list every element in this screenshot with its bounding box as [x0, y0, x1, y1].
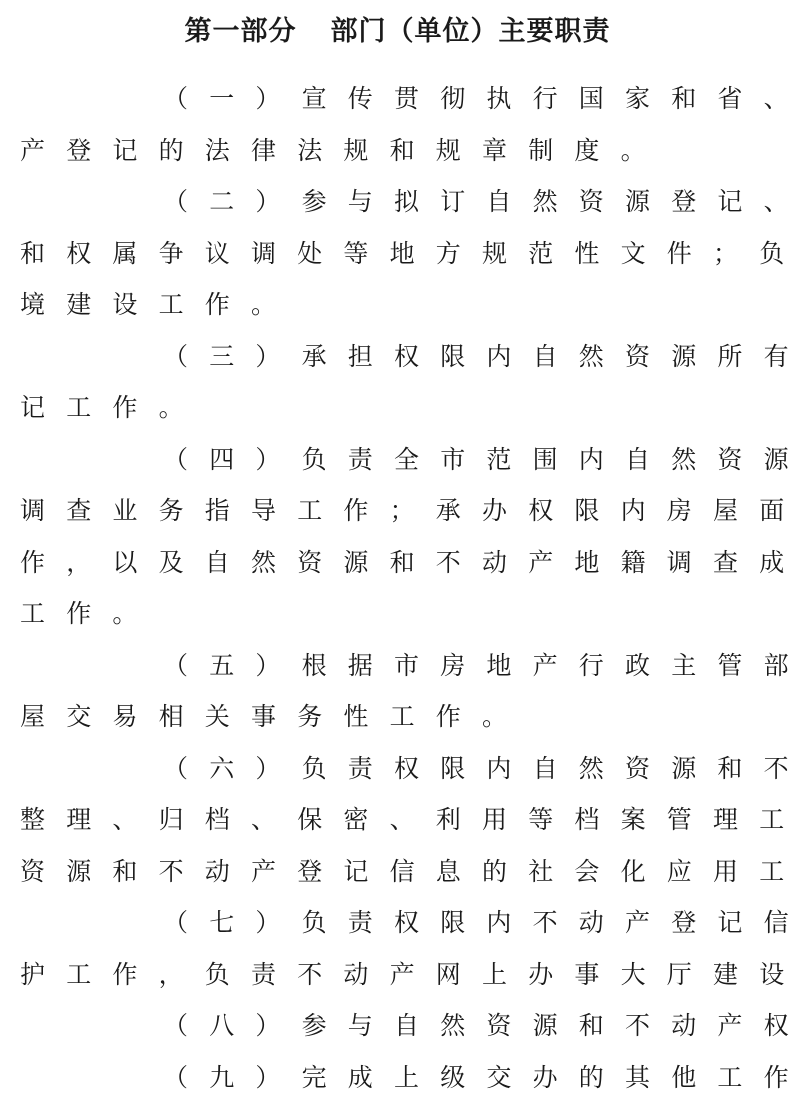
paragraph-line: 作，以及自然资源和不动产地籍调查成果审核，入库和管理: [20, 537, 780, 589]
paragraph-3: （三）承担权限内自然资源所有权登记，不动产统一登 记工作。: [20, 331, 780, 434]
paragraph-line: （九）完成上级交办的其他工作。: [20, 1052, 780, 1104]
paragraph-line: （一）宣传贯彻执行国家和省、市关于自然资源和不动: [20, 73, 780, 125]
document-body: （一）宣传贯彻执行国家和省、市关于自然资源和不动 产登记的法律法规和规章制度。 …: [20, 73, 780, 1103]
paragraph-line: 工作。: [20, 588, 780, 640]
section-title: 第一部分部门（单位）主要职责: [0, 10, 795, 54]
paragraph-line: 护工作，负责不动产网上办事大厅建设和维护。: [20, 949, 780, 1001]
paragraph-line: （六）负责权限内自然资源和不动产登记资料的收集、: [20, 743, 780, 795]
section-title-part: 第一部分: [185, 16, 297, 47]
paragraph-line: 产登记的法律法规和规章制度。: [20, 125, 780, 177]
paragraph-line: 资源和不动产登记信息的社会化应用工作。: [20, 846, 780, 898]
paragraph-line: （四）负责全市范围内自然资源和不动产登记中的地籍: [20, 434, 780, 486]
paragraph-6: （六）负责权限内自然资源和不动产登记资料的收集、 整理、归档、保密、利用等档案管…: [20, 743, 780, 898]
paragraph-line: （五）根据市房地产行政主管部门委托，承担权限内房: [20, 640, 780, 692]
paragraph-4: （四）负责全市范围内自然资源和不动产登记中的地籍 调查业务指导工作；承办权限内房…: [20, 434, 780, 640]
paragraph-5: （五）根据市房地产行政主管部门委托，承担权限内房 屋交易相关事务性工作。: [20, 640, 780, 743]
paragraph-line: 屋交易相关事务性工作。: [20, 691, 780, 743]
paragraph-8: （八）参与自然资源和不动产权属争议调处工作。: [20, 1000, 780, 1052]
paragraph-line: （七）负责权限内不动产登记信息平台建设、更新和维: [20, 897, 780, 949]
paragraph-line: 境建设工作。: [20, 279, 780, 331]
paragraph-line: （二）参与拟订自然资源登记、不动产登记、地籍调查: [20, 176, 780, 228]
paragraph-7: （七）负责权限内不动产登记信息平台建设、更新和维 护工作，负责不动产网上办事大厅…: [20, 897, 780, 1000]
paragraph-line: 记工作。: [20, 382, 780, 434]
paragraph-line: （八）参与自然资源和不动产权属争议调处工作。: [20, 1000, 780, 1052]
paragraph-line: 调查业务指导工作；承办权限内房屋面积管理相关事务性工: [20, 485, 780, 537]
paragraph-line: 和权属争议调处等地方规范性文件；负责不动产登记营商环: [20, 228, 780, 280]
section-title-heading: 部门（单位）主要职责: [331, 16, 611, 47]
paragraph-2: （二）参与拟订自然资源登记、不动产登记、地籍调查 和权属争议调处等地方规范性文件…: [20, 176, 780, 331]
paragraph-9: （九）完成上级交办的其他工作。: [20, 1052, 780, 1104]
paragraph-line: 整理、归档、保密、利用等档案管理工作；承担权限内自然: [20, 794, 780, 846]
paragraph-1: （一）宣传贯彻执行国家和省、市关于自然资源和不动 产登记的法律法规和规章制度。: [20, 73, 780, 176]
paragraph-line: （三）承担权限内自然资源所有权登记，不动产统一登: [20, 331, 780, 383]
